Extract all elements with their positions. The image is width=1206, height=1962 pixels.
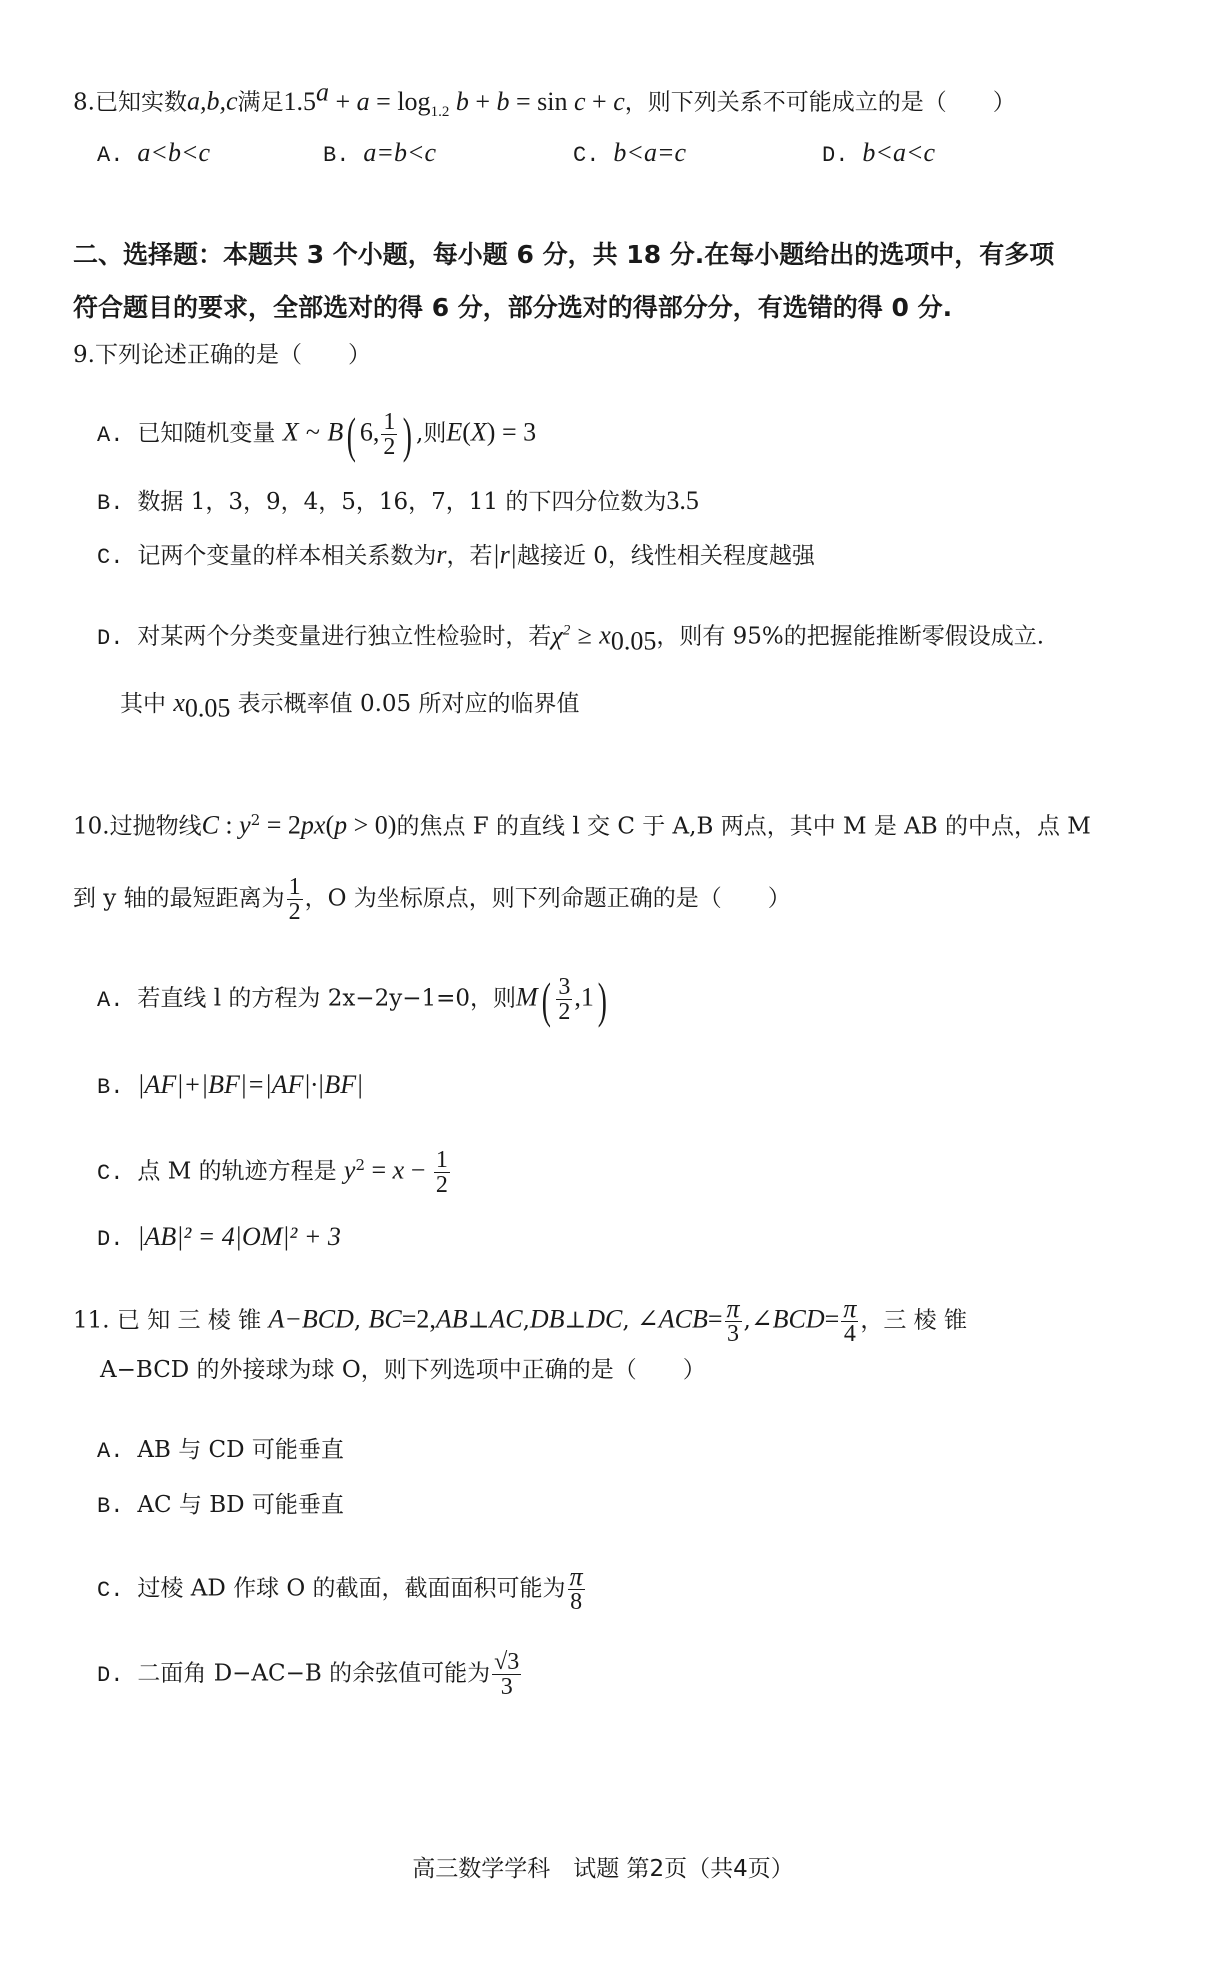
q8-equation: 1.5a + a = log1.2 b + b = sin c + c xyxy=(284,87,625,116)
section-header-line1: 二、选择题：本题共 3 个小题，每小题 6 分，共 18 分.在每小题给出的选项… xyxy=(73,240,1054,270)
q11-stem-line2: A−BCD 的外接球为球 O，则下列选项中正确的是（ ） xyxy=(100,1355,706,1385)
q10-option-a[interactable]: A.若直线 l 的方程为 2x−2y−1=0，则M(32,1) xyxy=(97,975,611,1024)
q9-option-a[interactable]: A.已知随机变量 X ~ B(6,12),则E(X) = 3 xyxy=(97,410,536,459)
q10-stem-line2: 到 y 轴的最短距离为12，O 为坐标原点，则下列命题正确的是（ ） xyxy=(73,875,791,924)
q8-stem: 8.已知实数a,b,c满足1.5a + a = log1.2 b + b = s… xyxy=(73,77,1016,127)
q8-option-b[interactable]: B.a=b<c xyxy=(323,138,436,168)
q10-option-d[interactable]: D.|AB|² = 4|OM|² + 3 xyxy=(97,1222,341,1255)
q11-option-b[interactable]: B.AC 与 BD 可能垂直 xyxy=(97,1490,344,1522)
section-header-line2: 符合题目的要求，全部选对的得 6 分，部分选对的得部分分，有选错的得 0 分. xyxy=(73,293,952,323)
q8-number: 8. xyxy=(73,90,95,116)
q11-option-d[interactable]: D.二面角 D−AC−B 的余弦值可能为√33 xyxy=(97,1650,523,1699)
q10-option-c[interactable]: C.点 M 的轨迹方程是 y2 = x − 12 xyxy=(97,1148,452,1197)
q9-option-c[interactable]: C.记两个变量的样本相关系数为r，若|r|越接近 0，线性相关程度越强 xyxy=(97,540,815,573)
q9-stem: 9.下列论述正确的是（ ） xyxy=(73,340,371,370)
page-footer: 高三数学学科 试题 第2页（共4页） xyxy=(0,1850,1206,1883)
q10-stem-line1: 10.过抛物线C : y2 = 2px(p > 0)的焦点 F 的直线 l 交 … xyxy=(73,805,1091,842)
q8-option-d[interactable]: D.b<a<c xyxy=(822,138,935,168)
q9-option-d[interactable]: D.对某两个分类变量进行独立性检验时，若χ2 ≥ x0.05，则有 95%的把握… xyxy=(97,615,1044,656)
q11-option-a[interactable]: A.AB 与 CD 可能垂直 xyxy=(97,1435,344,1467)
q10-option-b[interactable]: B.|AF|+|BF|=|AF|·|BF| xyxy=(97,1070,363,1103)
q8-option-c[interactable]: C.b<a=c xyxy=(573,138,686,168)
q9-note: 其中 x0.05 表示概率值 0.05 所对应的临界值 xyxy=(120,688,580,724)
q8-option-a[interactable]: A.a<b<c xyxy=(97,138,210,168)
q11-stem-line1: 11. 已 知 三 棱 锥 A−BCD, BC=2,AB⊥AC,DB⊥DC, ∠… xyxy=(73,1297,967,1346)
q9-option-b[interactable]: B.数据 1，3，9，4，5，16，7，11 的下四分位数为3.5 xyxy=(97,486,699,519)
q11-option-c[interactable]: C.过棱 AD 作球 O 的截面，截面面积可能为π8 xyxy=(97,1565,587,1614)
